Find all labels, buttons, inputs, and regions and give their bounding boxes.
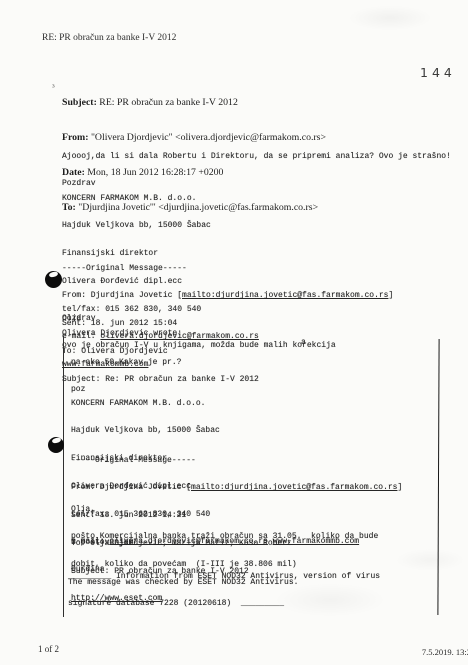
subject-value: RE: PR obračun za banke I-V 2012	[99, 97, 238, 108]
quoted-wrote-line: Olivera Djordjevic wrote:	[62, 329, 182, 338]
from-suffix: ]	[397, 483, 402, 492]
scanned-email-page: RE: PR obračun za banke I-V 2012 144 ³ S…	[0, 0, 468, 665]
signature-company: KONCERN FARMAKOM M.B. d.o.o.	[62, 194, 259, 203]
print-header-title: RE: PR obračun za banke I-V 2012	[42, 33, 176, 43]
message-line: Ajoooj,da li si dala Robertu i Direktoru…	[62, 152, 451, 161]
quoted-line: na oko 50.Kakav je pr.?	[71, 358, 181, 367]
subject-label: Subject:	[62, 97, 99, 108]
signature-address: Hajduk Veljkova bb, 15000 Šabac	[62, 221, 259, 230]
header-subject-line: Subject: RE: PR obračun za banke I-V 201…	[62, 97, 326, 109]
hole-punch-mark	[48, 437, 64, 453]
hole-punch-mark	[45, 271, 62, 288]
eset-url-link: http://www.eset.com	[71, 594, 162, 603]
reply1-body-line: Olja	[62, 314, 336, 323]
quote-bar	[63, 336, 64, 617]
original-message-separator: -----Original Message-----	[62, 264, 393, 273]
signature-address: Hajduk Veljkova bb, 15000 Šabac	[71, 426, 359, 435]
print-footer-datetime: 7.5.2019. 13:2	[422, 647, 468, 657]
eset-link-line: http://www.eset.com	[71, 594, 162, 603]
original-message-separator: -----Original Message-----	[71, 456, 402, 465]
handwritten-check-mark: ³	[52, 84, 55, 92]
antivirus-notice: _________ Information from ESET NOD32 An…	[68, 553, 380, 627]
scan-stray-mark: a	[301, 338, 306, 347]
scan-right-rule	[437, 339, 440, 615]
signature-company: KONCERN FARMAKOM M.B. d.o.o.	[71, 399, 359, 408]
antivirus-checked-line: The message was checked by ESET NOD32 An…	[68, 578, 298, 587]
handwritten-page-number: 144	[420, 65, 456, 80]
from-suffix: ]	[388, 291, 393, 300]
reply1-closing: pozdrav	[62, 314, 96, 323]
print-footer-page-count: 1 of 2	[38, 644, 59, 654]
reply2-body-line: Olja,	[71, 505, 378, 514]
closing-line: S poštovanjem	[71, 538, 133, 547]
